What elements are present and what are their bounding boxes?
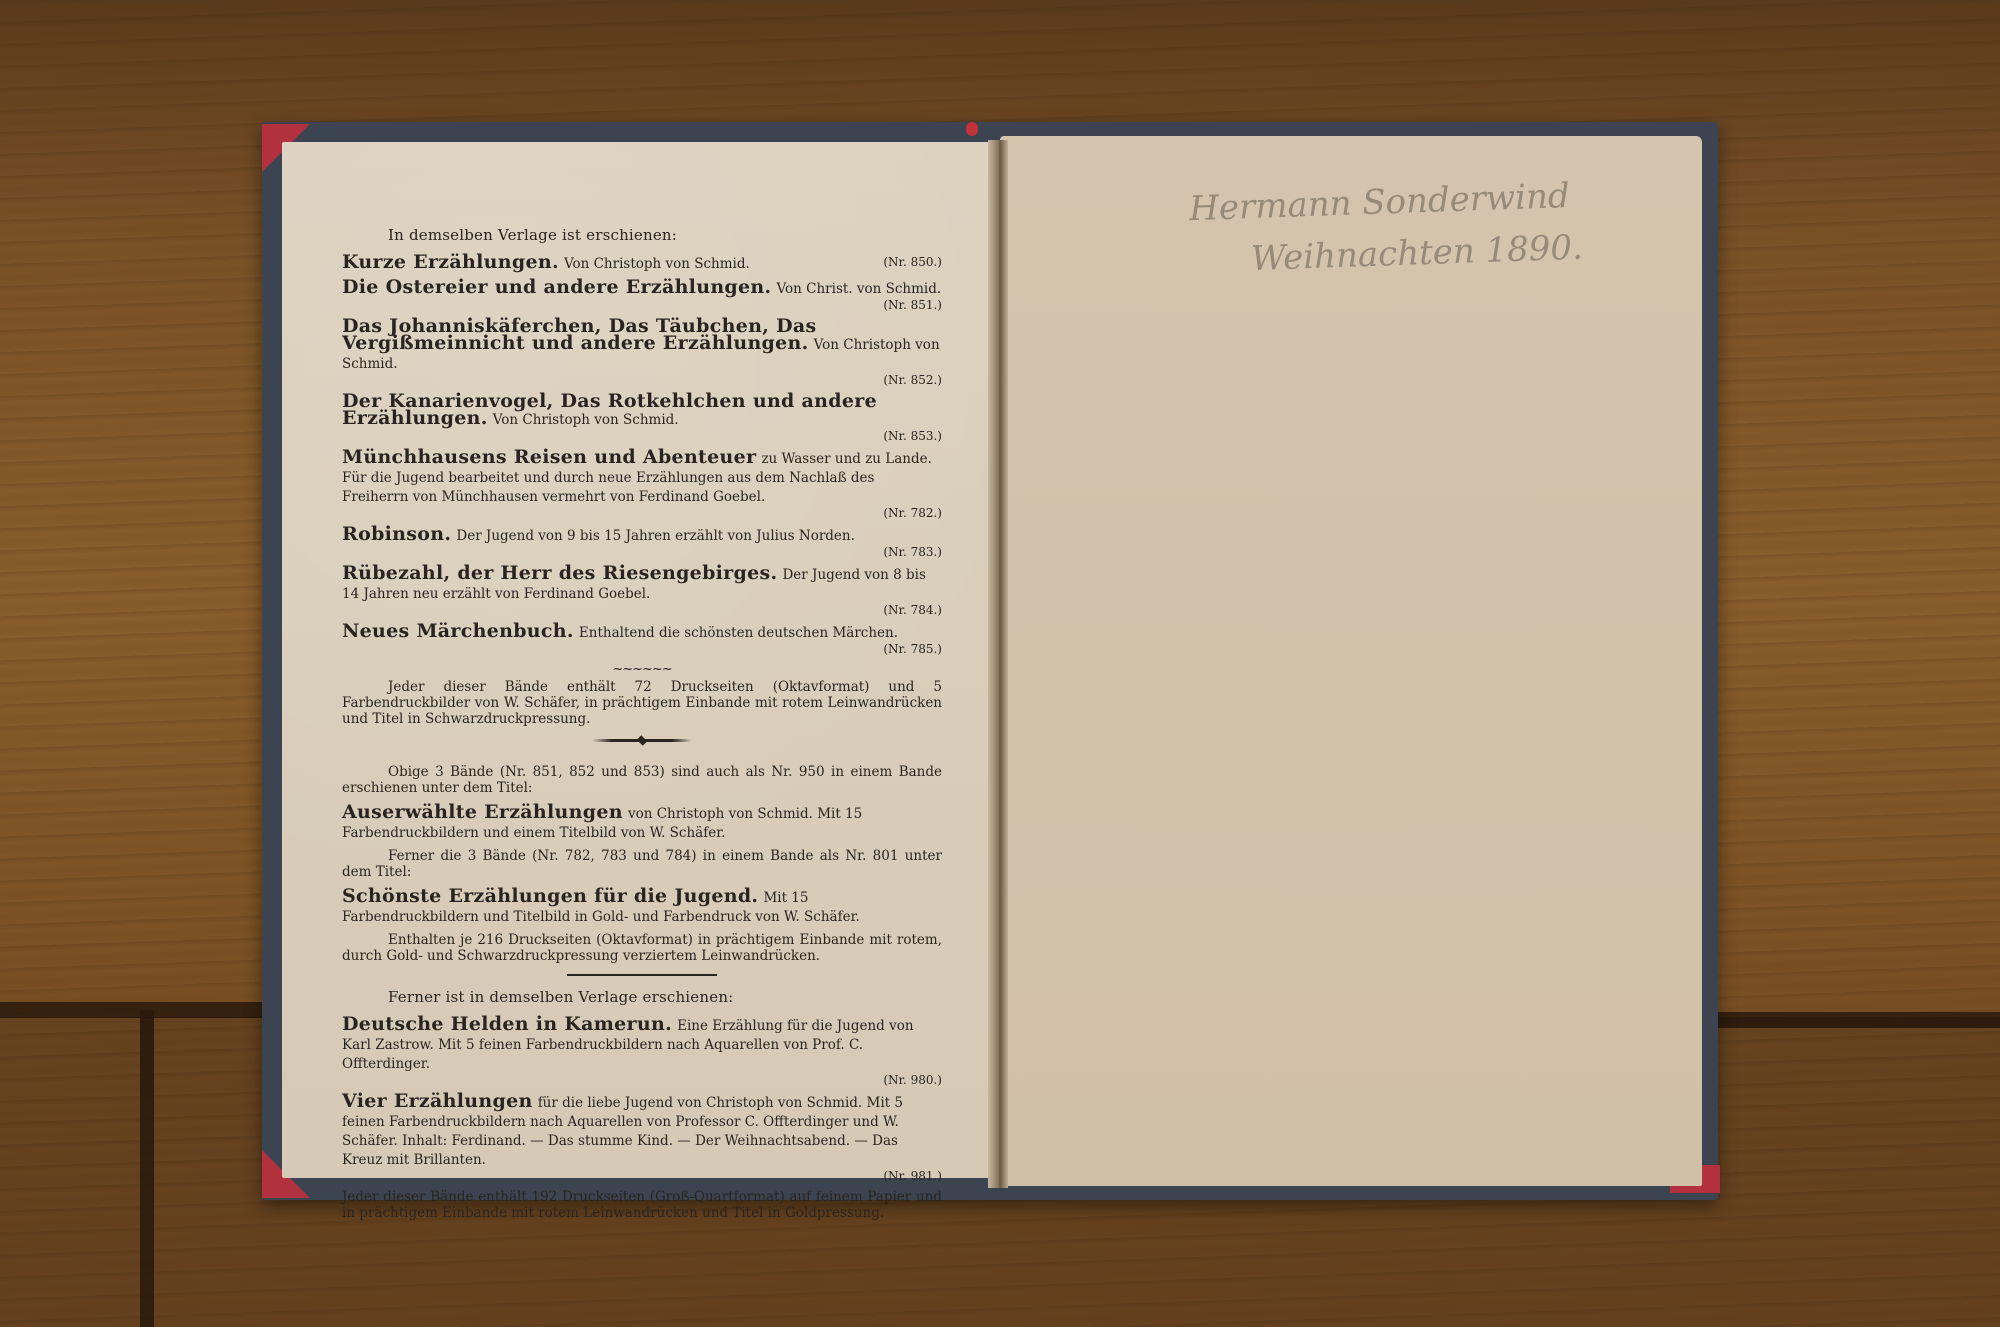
- catalog-intro-2: Ferner ist in demselben Verlage erschien…: [342, 988, 942, 1006]
- entry-number: (Nr. 981.): [342, 1169, 942, 1183]
- entry-title: Neues Märchenbuch.: [342, 620, 574, 642]
- entry-description: Der Jugend von 9 bis 15 Jahren erzählt v…: [456, 528, 855, 544]
- catalog-entry: Robinson. Der Jugend von 9 bis 15 Jahren…: [342, 526, 942, 559]
- catalog-entry: Neues Märchenbuch. Enthaltend die schöns…: [342, 623, 942, 656]
- wave-ornament: ~~~~~~: [342, 662, 942, 677]
- entry-author: Von Christoph von Schmid.: [564, 256, 750, 272]
- entry-number: (Nr. 851.): [342, 298, 942, 312]
- spine-headband: [966, 122, 978, 136]
- collection-entry: Schönste Erzählungen für die Jugend. Mit…: [342, 888, 942, 926]
- combined-edition-note: Ferner die 3 Bände (Nr. 782, 783 und 784…: [342, 848, 942, 880]
- entry-number: (Nr. 783.): [342, 545, 942, 559]
- entry-number: (Nr. 782.): [342, 506, 942, 520]
- catalog-entry: Deutsche Helden in Kamerun. Eine Erzählu…: [342, 1016, 942, 1087]
- collection-entry: Auserwählte Erzählungen von Christoph vo…: [342, 804, 942, 842]
- entry-number: (Nr. 853.): [342, 429, 942, 443]
- catalog-intro: In demselben Verlage ist erschienen:: [342, 226, 942, 244]
- entry-title: Vier Erzählungen: [342, 1090, 533, 1112]
- collection-title: Schönste Erzählungen für die Jugend.: [342, 885, 758, 907]
- catalog-entry: Die Ostereier und andere Erzählungen. Vo…: [342, 279, 942, 312]
- catalog-entry: Rübezahl, der Herr des Riesengebirges. D…: [342, 565, 942, 617]
- entry-number: (Nr. 980.): [342, 1073, 942, 1087]
- entry-author: Von Christoph von Schmid.: [493, 412, 679, 428]
- entry-title: Die Ostereier und andere Erzählungen.: [342, 276, 771, 298]
- entry-description: Enthaltend die schönsten deutschen Märch…: [579, 625, 898, 641]
- wood-plank-seam: [0, 1002, 275, 1018]
- section-divider-ornament: [592, 739, 692, 742]
- collection-title: Auserwählte Erzählungen: [342, 801, 623, 823]
- handwritten-inscription: Hermann Sonderwind Weihnachten 1890.: [1188, 167, 1661, 287]
- entry-author: Von Christ. von Schmid.: [777, 281, 942, 297]
- entry-title: Kurze Erzählungen.: [342, 251, 559, 273]
- entry-number: (Nr. 784.): [342, 603, 942, 617]
- right-page: [1000, 136, 1702, 1186]
- publisher-catalog: In demselben Verlage ist erschienen: (Nr…: [342, 226, 942, 1229]
- entry-number: (Nr. 850.): [883, 254, 942, 271]
- entry-title: Robinson.: [342, 523, 451, 545]
- volume-note: Jeder dieser Bände enthält 192 Druckseit…: [342, 1189, 942, 1221]
- volume-note: Enthalten je 216 Druckseiten (Oktavforma…: [342, 932, 942, 964]
- section-divider-line: [567, 974, 717, 976]
- catalog-entry: Münchhausens Reisen und Abenteuer zu Was…: [342, 449, 942, 520]
- entry-title: Das Johanniskäferchen, Das Täubchen, Das…: [342, 315, 816, 354]
- entry-title: Rübezahl, der Herr des Riesengebirges.: [342, 562, 777, 584]
- catalog-entry: Das Johanniskäferchen, Das Täubchen, Das…: [342, 318, 942, 387]
- combined-edition-note: Obige 3 Bände (Nr. 851, 852 und 853) sin…: [342, 764, 942, 796]
- catalog-entry: Vier Erzählungen für die liebe Jugend vo…: [342, 1093, 942, 1183]
- catalog-entry: (Nr. 850.) Kurze Erzählungen. Von Christ…: [342, 254, 942, 273]
- entry-number: (Nr. 785.): [342, 642, 942, 656]
- volume-note: Jeder dieser Bände enthält 72 Druckseite…: [342, 679, 942, 727]
- entry-title: Deutsche Helden in Kamerun.: [342, 1013, 672, 1035]
- entry-number: (Nr. 852.): [342, 373, 942, 387]
- catalog-entry: Der Kanarienvogel, Das Rotkehlchen und a…: [342, 393, 942, 443]
- book-gutter: [988, 140, 1008, 1188]
- entry-title: Münchhausens Reisen und Abenteuer: [342, 446, 756, 468]
